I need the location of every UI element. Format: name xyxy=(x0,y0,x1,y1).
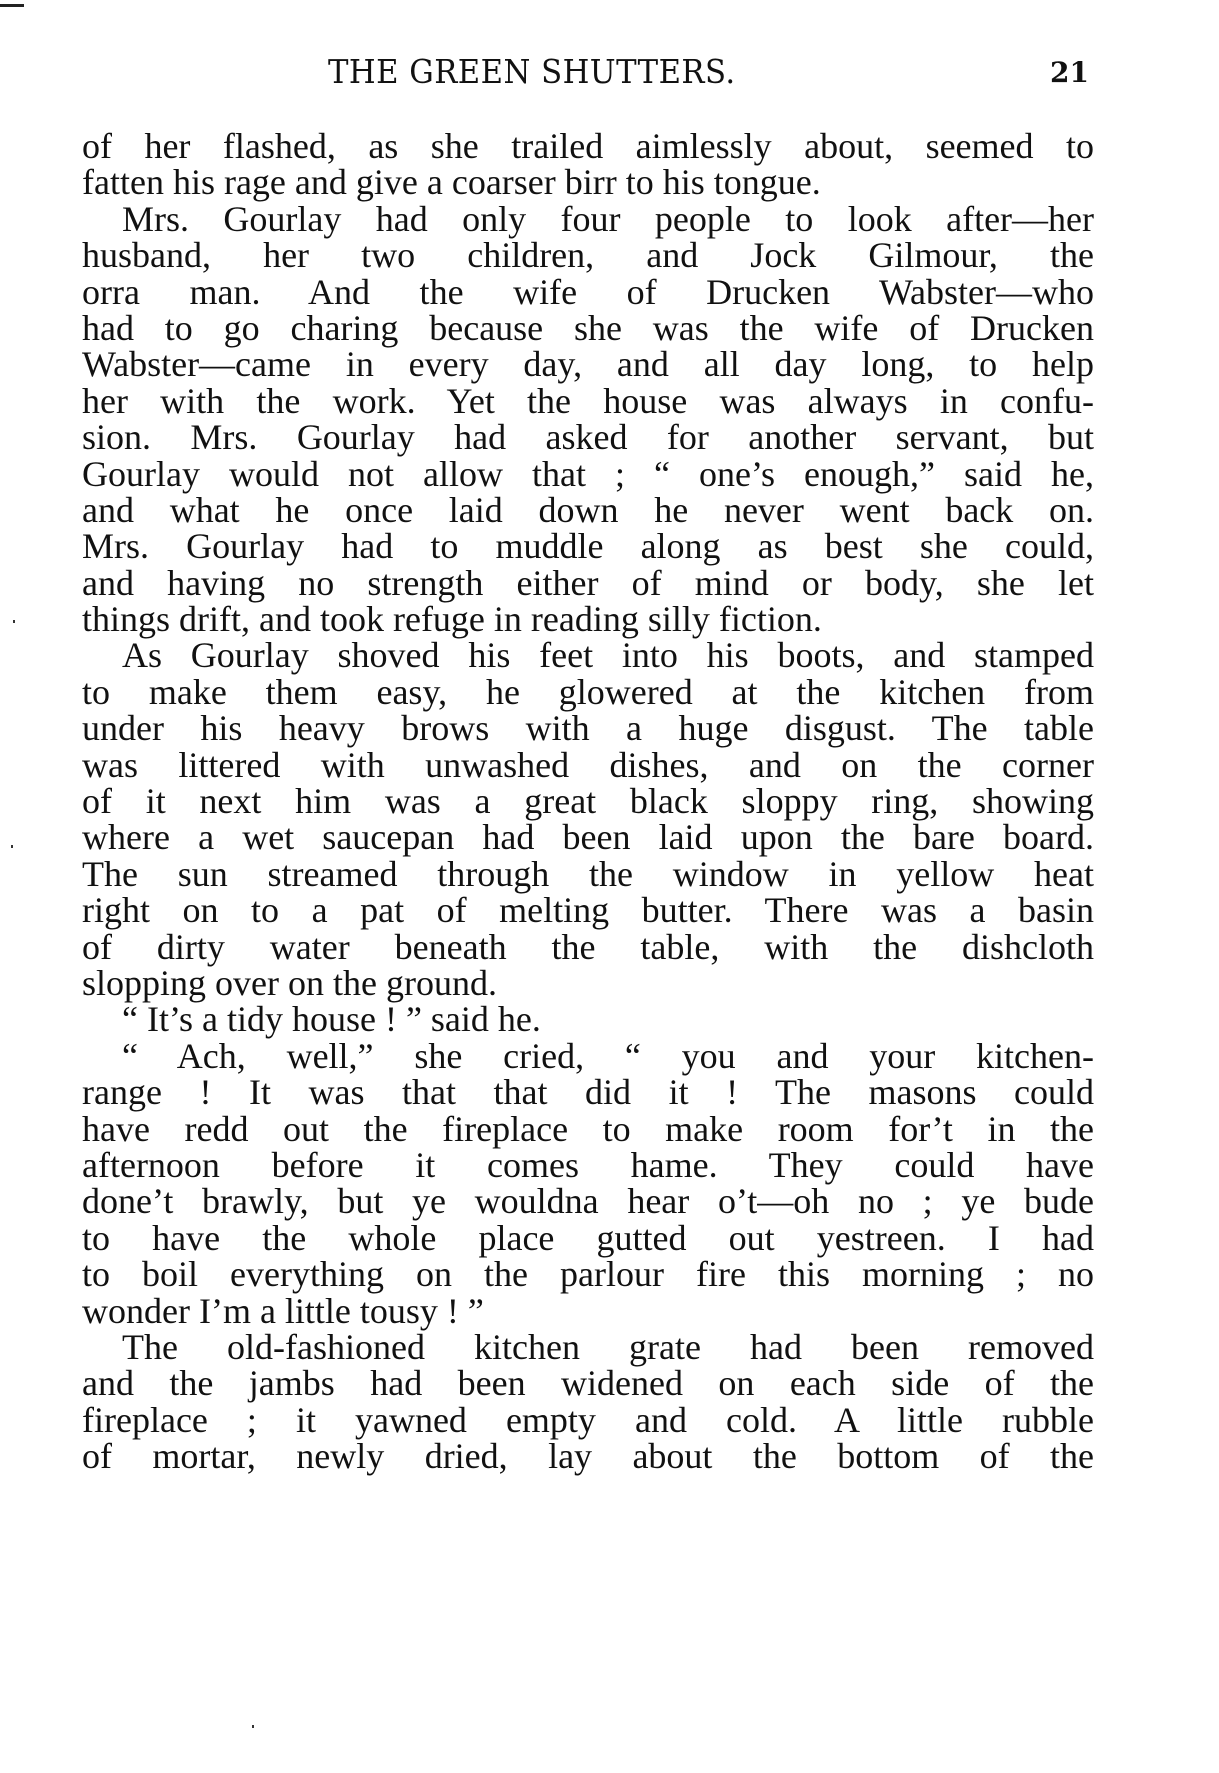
text-line: of dirty water beneath the table, with t… xyxy=(82,929,1094,965)
text-line: things drift, and took refuge in reading… xyxy=(82,601,1094,637)
text-line: Wabster—came in every day, and all day l… xyxy=(82,346,1094,382)
scan-speck xyxy=(13,620,15,623)
text-line: to boil everything on the parlour fire t… xyxy=(82,1256,1094,1292)
text-line: As Gourlay shoved his feet into his boot… xyxy=(82,637,1094,673)
text-line: sion. Mrs. Gourlay had asked for another… xyxy=(82,419,1094,455)
text-line: and what he once laid down he never went… xyxy=(82,492,1094,528)
text-line: done’t brawly, but ye wouldna hear o’t—o… xyxy=(82,1183,1094,1219)
scan-corner-mark xyxy=(0,4,24,7)
text-line: Gourlay would not allow that ; “ one’s e… xyxy=(82,456,1094,492)
text-line: The old-fashioned kitchen grate had been… xyxy=(82,1329,1094,1365)
text-line: where a wet saucepan had been laid upon … xyxy=(82,819,1094,855)
text-line: “ It’s a tidy house ! ” said he. xyxy=(82,1001,1094,1037)
text-line: right on to a pat of melting butter. The… xyxy=(82,892,1094,928)
text-line: and the jambs had been widened on each s… xyxy=(82,1365,1094,1401)
text-line: “ Ach, well,” she cried, “ you and your … xyxy=(82,1038,1094,1074)
text-line: wonder I’m a little tousy ! ” xyxy=(82,1293,1094,1329)
running-title: THE GREEN SHUTTERS. xyxy=(328,52,736,91)
text-line: had to go charing because she was the wi… xyxy=(82,310,1094,346)
text-line: under his heavy brows with a huge disgus… xyxy=(82,710,1094,746)
text-line: of her flashed, as she trailed aimlessly… xyxy=(82,128,1094,164)
scan-speck xyxy=(11,845,13,848)
text-line: range ! It was that that did it ! The ma… xyxy=(82,1074,1094,1110)
text-line: slopping over on the ground. xyxy=(82,965,1094,1001)
text-line: husband, her two children, and Jock Gilm… xyxy=(82,237,1094,273)
text-line: afternoon before it comes hame. They cou… xyxy=(82,1147,1094,1183)
scan-speck xyxy=(252,1725,254,1728)
text-line: to make them easy, he glowered at the ki… xyxy=(82,674,1094,710)
text-line: have redd out the fireplace to make room… xyxy=(82,1111,1094,1147)
text-line: her with the work. Yet the house was alw… xyxy=(82,383,1094,419)
page-header: THE GREEN SHUTTERS. 21 xyxy=(0,52,1219,102)
body-text: of her flashed, as she trailed aimlessly… xyxy=(82,128,1094,1474)
text-line: fatten his rage and give a coarser birr … xyxy=(82,164,1094,200)
text-line: fireplace ; it yawned empty and cold. A … xyxy=(82,1402,1094,1438)
text-line: of mortar, newly dried, lay about the bo… xyxy=(82,1438,1094,1474)
text-line: Mrs. Gourlay had to muddle along as best… xyxy=(82,528,1094,564)
text-line: to have the whole place gutted out yestr… xyxy=(82,1220,1094,1256)
text-line: orra man. And the wife of Drucken Wabste… xyxy=(82,274,1094,310)
text-line: Mrs. Gourlay had only four people to loo… xyxy=(82,201,1094,237)
text-line: was littered with unwashed dishes, and o… xyxy=(82,747,1094,783)
text-line: and having no strength either of mind or… xyxy=(82,565,1094,601)
text-line: of it next him was a great black sloppy … xyxy=(82,783,1094,819)
text-line: The sun streamed through the window in y… xyxy=(82,856,1094,892)
page-number: 21 xyxy=(1050,56,1089,89)
